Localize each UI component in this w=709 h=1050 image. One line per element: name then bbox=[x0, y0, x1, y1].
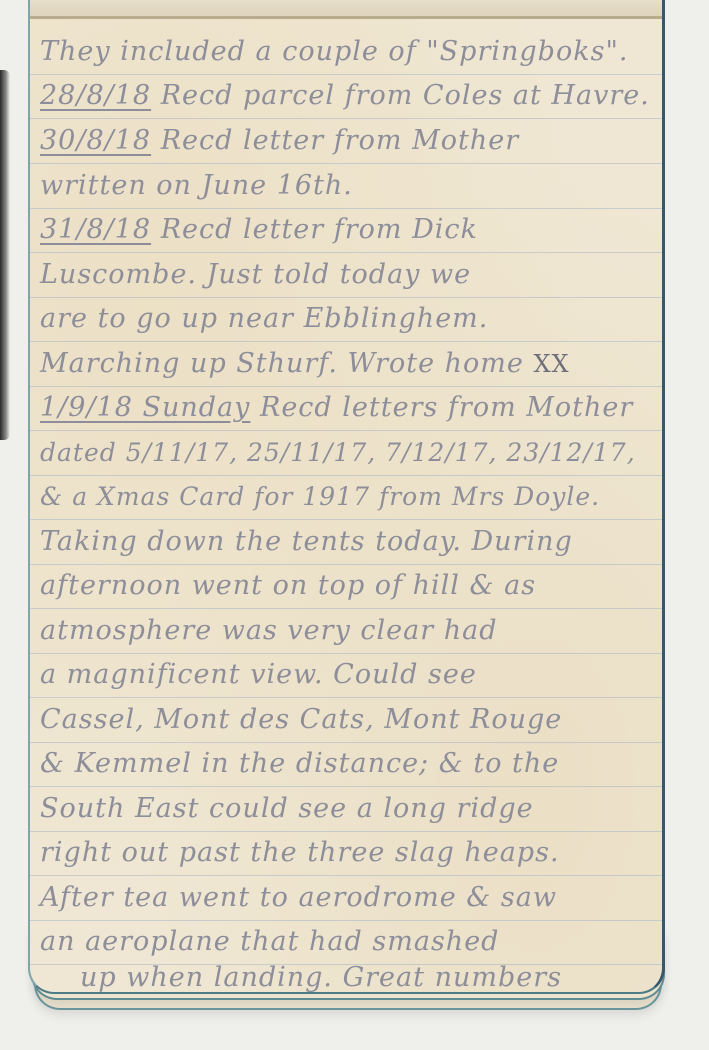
handwritten-line: 31/8/18 Recd letter from Dick bbox=[40, 210, 654, 250]
rule-line bbox=[30, 920, 662, 921]
handwritten-line: & Kemmel in the distance; & to the bbox=[40, 744, 654, 784]
rule-line bbox=[30, 653, 662, 654]
handwritten-line: atmosphere was very clear had bbox=[40, 611, 654, 651]
rule-line bbox=[30, 742, 662, 743]
handwritten-line: Taking down the tents today. During bbox=[40, 522, 654, 562]
handwritten-line: a magnificent view. Could see bbox=[40, 655, 654, 695]
rule-line bbox=[30, 297, 662, 298]
adjacent-page-shadow bbox=[0, 70, 10, 440]
handwritten-line: Cassel, Mont des Cats, Mont Rouge bbox=[40, 700, 654, 740]
handwritten-line: right out past the three slag heaps. bbox=[40, 833, 654, 873]
entry-date: 30/8/18 bbox=[40, 125, 151, 156]
rule-line bbox=[30, 430, 662, 431]
rule-line bbox=[30, 786, 662, 787]
rule-line bbox=[30, 118, 662, 119]
rule-line bbox=[30, 208, 662, 209]
rule-line bbox=[30, 252, 662, 253]
binding-fold bbox=[30, 0, 662, 19]
handwritten-line: Marching up Sthurf. Wrote home XX bbox=[40, 344, 654, 384]
entry-date: 1/9/18 Sunday bbox=[40, 392, 250, 423]
diary-page: They included a couple of "Springboks". … bbox=[28, 0, 665, 994]
handwritten-line: written on June 16th. bbox=[40, 166, 654, 206]
rule-line bbox=[30, 519, 662, 520]
handwritten-line: up when landing. Great numbers bbox=[80, 958, 654, 994]
rule-line bbox=[30, 386, 662, 387]
rule-line bbox=[30, 341, 662, 342]
entry-date: 28/8/18 bbox=[40, 80, 151, 111]
rule-line bbox=[30, 163, 662, 164]
handwritten-line: South East could see a long ridge bbox=[40, 789, 654, 829]
kisses-mark: XX bbox=[533, 350, 569, 378]
handwritten-line: afternoon went on top of hill & as bbox=[40, 566, 654, 606]
rule-line bbox=[30, 875, 662, 876]
handwritten-line: 30/8/18 Recd letter from Mother bbox=[40, 121, 654, 161]
rule-line bbox=[30, 74, 662, 75]
rule-line bbox=[30, 697, 662, 698]
handwritten-line: are to go up near Ebblinghem. bbox=[40, 299, 654, 339]
handwritten-line: Luscombe. Just told today we bbox=[40, 255, 654, 295]
handwritten-line: an aeroplane that had smashed bbox=[40, 922, 654, 962]
rule-line bbox=[30, 564, 662, 565]
handwritten-line: After tea went to aerodrome & saw bbox=[40, 878, 654, 918]
handwritten-line: & a Xmas Card for 1917 from Mrs Doyle. bbox=[40, 477, 654, 517]
handwritten-line: 1/9/18 Sunday Recd letters from Mother bbox=[40, 388, 654, 428]
rule-line bbox=[30, 608, 662, 609]
entry-date: 31/8/18 bbox=[40, 214, 151, 245]
handwritten-line: They included a couple of "Springboks". bbox=[40, 32, 654, 72]
notebook: They included a couple of "Springboks". … bbox=[28, 0, 668, 1040]
handwritten-line: 28/8/18 Recd parcel from Coles at Havre. bbox=[40, 76, 654, 116]
rule-line bbox=[30, 475, 662, 476]
handwritten-line: dated 5/11/17, 25/11/17, 7/12/17, 23/12/… bbox=[40, 433, 654, 473]
rule-line bbox=[30, 831, 662, 832]
